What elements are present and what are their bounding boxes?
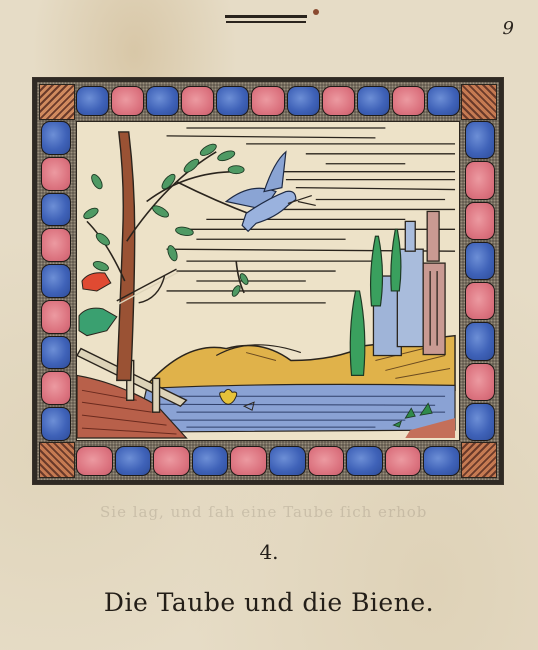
border-segment-blue bbox=[192, 446, 229, 476]
scene-drawing bbox=[77, 122, 459, 440]
border-segment-pink bbox=[465, 363, 495, 401]
town-buildings bbox=[373, 211, 445, 355]
tree-trunk bbox=[117, 132, 135, 380]
border-segment-pink bbox=[41, 371, 71, 405]
woodcut-illustration bbox=[33, 78, 503, 484]
border-band-top bbox=[76, 86, 460, 116]
border-segment-blue bbox=[423, 446, 460, 476]
border-segment-blue bbox=[427, 86, 460, 116]
border-segment-pink bbox=[153, 446, 190, 476]
border-segment-blue bbox=[216, 86, 249, 116]
border-band-right bbox=[465, 121, 495, 441]
border-segment-pink bbox=[251, 86, 284, 116]
border-segment-blue bbox=[357, 86, 390, 116]
border-segment-blue bbox=[146, 86, 179, 116]
bleed-through-text: Sie lag, und ſah eine Taube ſich erhob bbox=[100, 503, 430, 523]
river-water bbox=[137, 384, 455, 432]
border-segment-pink bbox=[41, 228, 71, 262]
border-segment-pink bbox=[230, 446, 267, 476]
border-segment-blue bbox=[115, 446, 152, 476]
border-segment-pink bbox=[111, 86, 144, 116]
border-segment-pink bbox=[322, 86, 355, 116]
corner-hatched-bottom-right bbox=[461, 442, 497, 478]
border-segment-blue bbox=[465, 121, 495, 159]
corner-hatched-bottom-left bbox=[39, 442, 75, 478]
border-segment-blue bbox=[41, 336, 71, 370]
corner-hatched-top-right bbox=[461, 84, 497, 120]
woodcut-scene bbox=[76, 121, 460, 441]
border-segment-pink bbox=[308, 446, 345, 476]
border-segment-pink bbox=[465, 202, 495, 240]
fable-title: Die Taube und die Biene. bbox=[0, 588, 538, 617]
border-segment-blue bbox=[465, 403, 495, 441]
corner-hatched-top-left bbox=[39, 84, 75, 120]
border-segment-blue bbox=[41, 264, 71, 298]
book-page: 9 bbox=[0, 0, 538, 650]
border-segment-pink bbox=[465, 282, 495, 320]
border-segment-blue bbox=[41, 121, 71, 155]
header-rule-ornament bbox=[225, 15, 307, 24]
border-segment-pink bbox=[41, 157, 71, 191]
border-segment-blue bbox=[465, 322, 495, 360]
border-segment-blue bbox=[346, 446, 383, 476]
border-segment-blue bbox=[287, 86, 320, 116]
border-segment-pink bbox=[181, 86, 214, 116]
border-segment-blue bbox=[41, 407, 71, 441]
page-number: 9 bbox=[503, 18, 514, 39]
border-segment-pink bbox=[41, 300, 71, 334]
border-segment-pink bbox=[76, 446, 113, 476]
border-segment-pink bbox=[385, 446, 422, 476]
header-rule-thin bbox=[226, 21, 306, 23]
border-segment-blue bbox=[41, 193, 71, 227]
border-segment-blue bbox=[76, 86, 109, 116]
border-band-bottom bbox=[76, 446, 460, 476]
border-segment-blue bbox=[269, 446, 306, 476]
header-rule-thick bbox=[225, 15, 307, 18]
border-segment-pink bbox=[392, 86, 425, 116]
paper-stain bbox=[313, 9, 319, 15]
border-band-left bbox=[41, 121, 71, 441]
border-segment-pink bbox=[465, 161, 495, 199]
fable-number: 4. bbox=[0, 540, 538, 564]
hunter-figure bbox=[79, 273, 117, 336]
border-segment-blue bbox=[465, 242, 495, 280]
